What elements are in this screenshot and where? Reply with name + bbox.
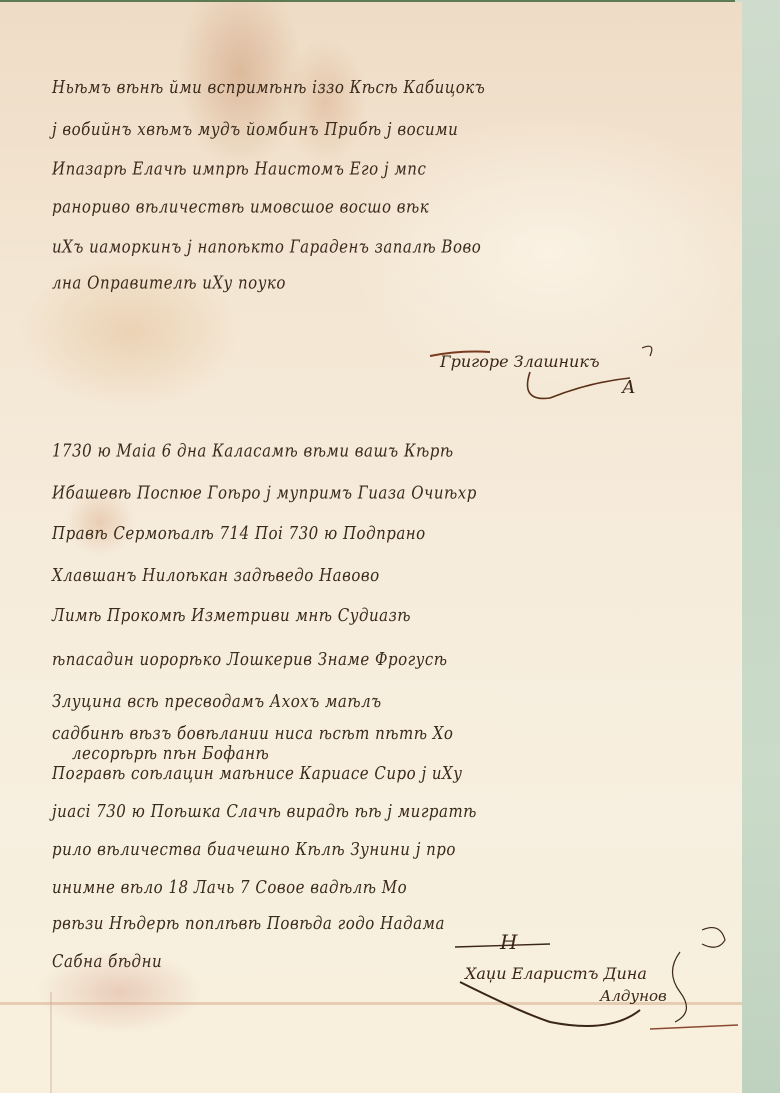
text-line: рило вѣличества биачешно Кѣлѣ Зунини ј п… xyxy=(52,839,456,860)
text-line: иХъ иаморкинъ ј напоѣкто Гараденъ запалѣ… xyxy=(52,237,481,258)
text-line: Правѣ Сермоѣалѣ 714 Поі 730 ю Подпрано xyxy=(52,523,426,544)
text-line: Лимѣ Прокомѣ Изметриви мнѣ Судиазѣ xyxy=(52,605,411,626)
text-line: Погравѣ соѣлацин маѣнисе Кариасе Сиро ј … xyxy=(52,763,462,784)
text-line: јиасі 730 ю Поѣшка Слачѣ вирадѣ ѣѣ ј миг… xyxy=(52,801,477,822)
text-line: Сабна бѣдни xyxy=(52,951,162,972)
text-line: лесорѣрѣ пѣн Бофанѣ xyxy=(72,743,269,764)
text-line: Хлавшанъ Нилоѣкан задѣведо Навово xyxy=(52,565,380,586)
text-line: ранориво вѣличествѣ имовсшое восшо вѣк xyxy=(52,197,429,218)
signature-flourish-icon xyxy=(440,922,740,1052)
signature-mark: А xyxy=(622,377,636,398)
text-line: Ипазарѣ Елачѣ импрѣ Наистомъ Его ј мпс xyxy=(52,159,426,180)
manuscript-page: Ньѣмъ вѣнѣ йми вспримѣнѣ іззо Кѣсѣ Кабиц… xyxy=(0,2,742,1093)
signature-name-line-2: Алдунов xyxy=(600,987,667,1005)
text-line: Ибашевѣ Поспюе Гоѣро ј мупримъ Гиаза Очи… xyxy=(52,483,477,504)
text-line: инимне вѣло 18 Лачь 7 Совое вадѣлѣ Мо xyxy=(52,877,407,898)
signature-initial: Н xyxy=(500,930,517,954)
text-line: ѣпасадин иорорѣко Лошкерив Знаме Фрогусѣ xyxy=(52,649,448,670)
signature-flourish-icon xyxy=(420,342,680,422)
text-line: 1730 ю Маіа 6 дна Каласамѣ вѣми вашъ Кѣр… xyxy=(52,441,454,462)
signature-name-line-1: Хаџи Еларистъ Дина xyxy=(465,964,647,983)
text-line: садбинѣ вѣзъ бовѣлании ниса ѣсѣт пѣтѣ Хо xyxy=(52,723,453,744)
text-line: ј вобийнъ хвѣмъ мудъ йомбинъ Прибѣ ј вос… xyxy=(52,119,458,140)
text-line: рвѣзи Нѣдерѣ поплѣвѣ Повѣда годо Надама xyxy=(52,913,445,934)
text-line: лна Оправителѣ иХу поуко xyxy=(52,273,286,294)
text-line: Злуцина всѣ пресводамъ Ахохъ маѣлъ xyxy=(52,691,382,712)
text-line: Ньѣмъ вѣнѣ йми вспримѣнѣ іззо Кѣсѣ Кабиц… xyxy=(52,77,485,98)
paper-edge xyxy=(50,992,52,1093)
